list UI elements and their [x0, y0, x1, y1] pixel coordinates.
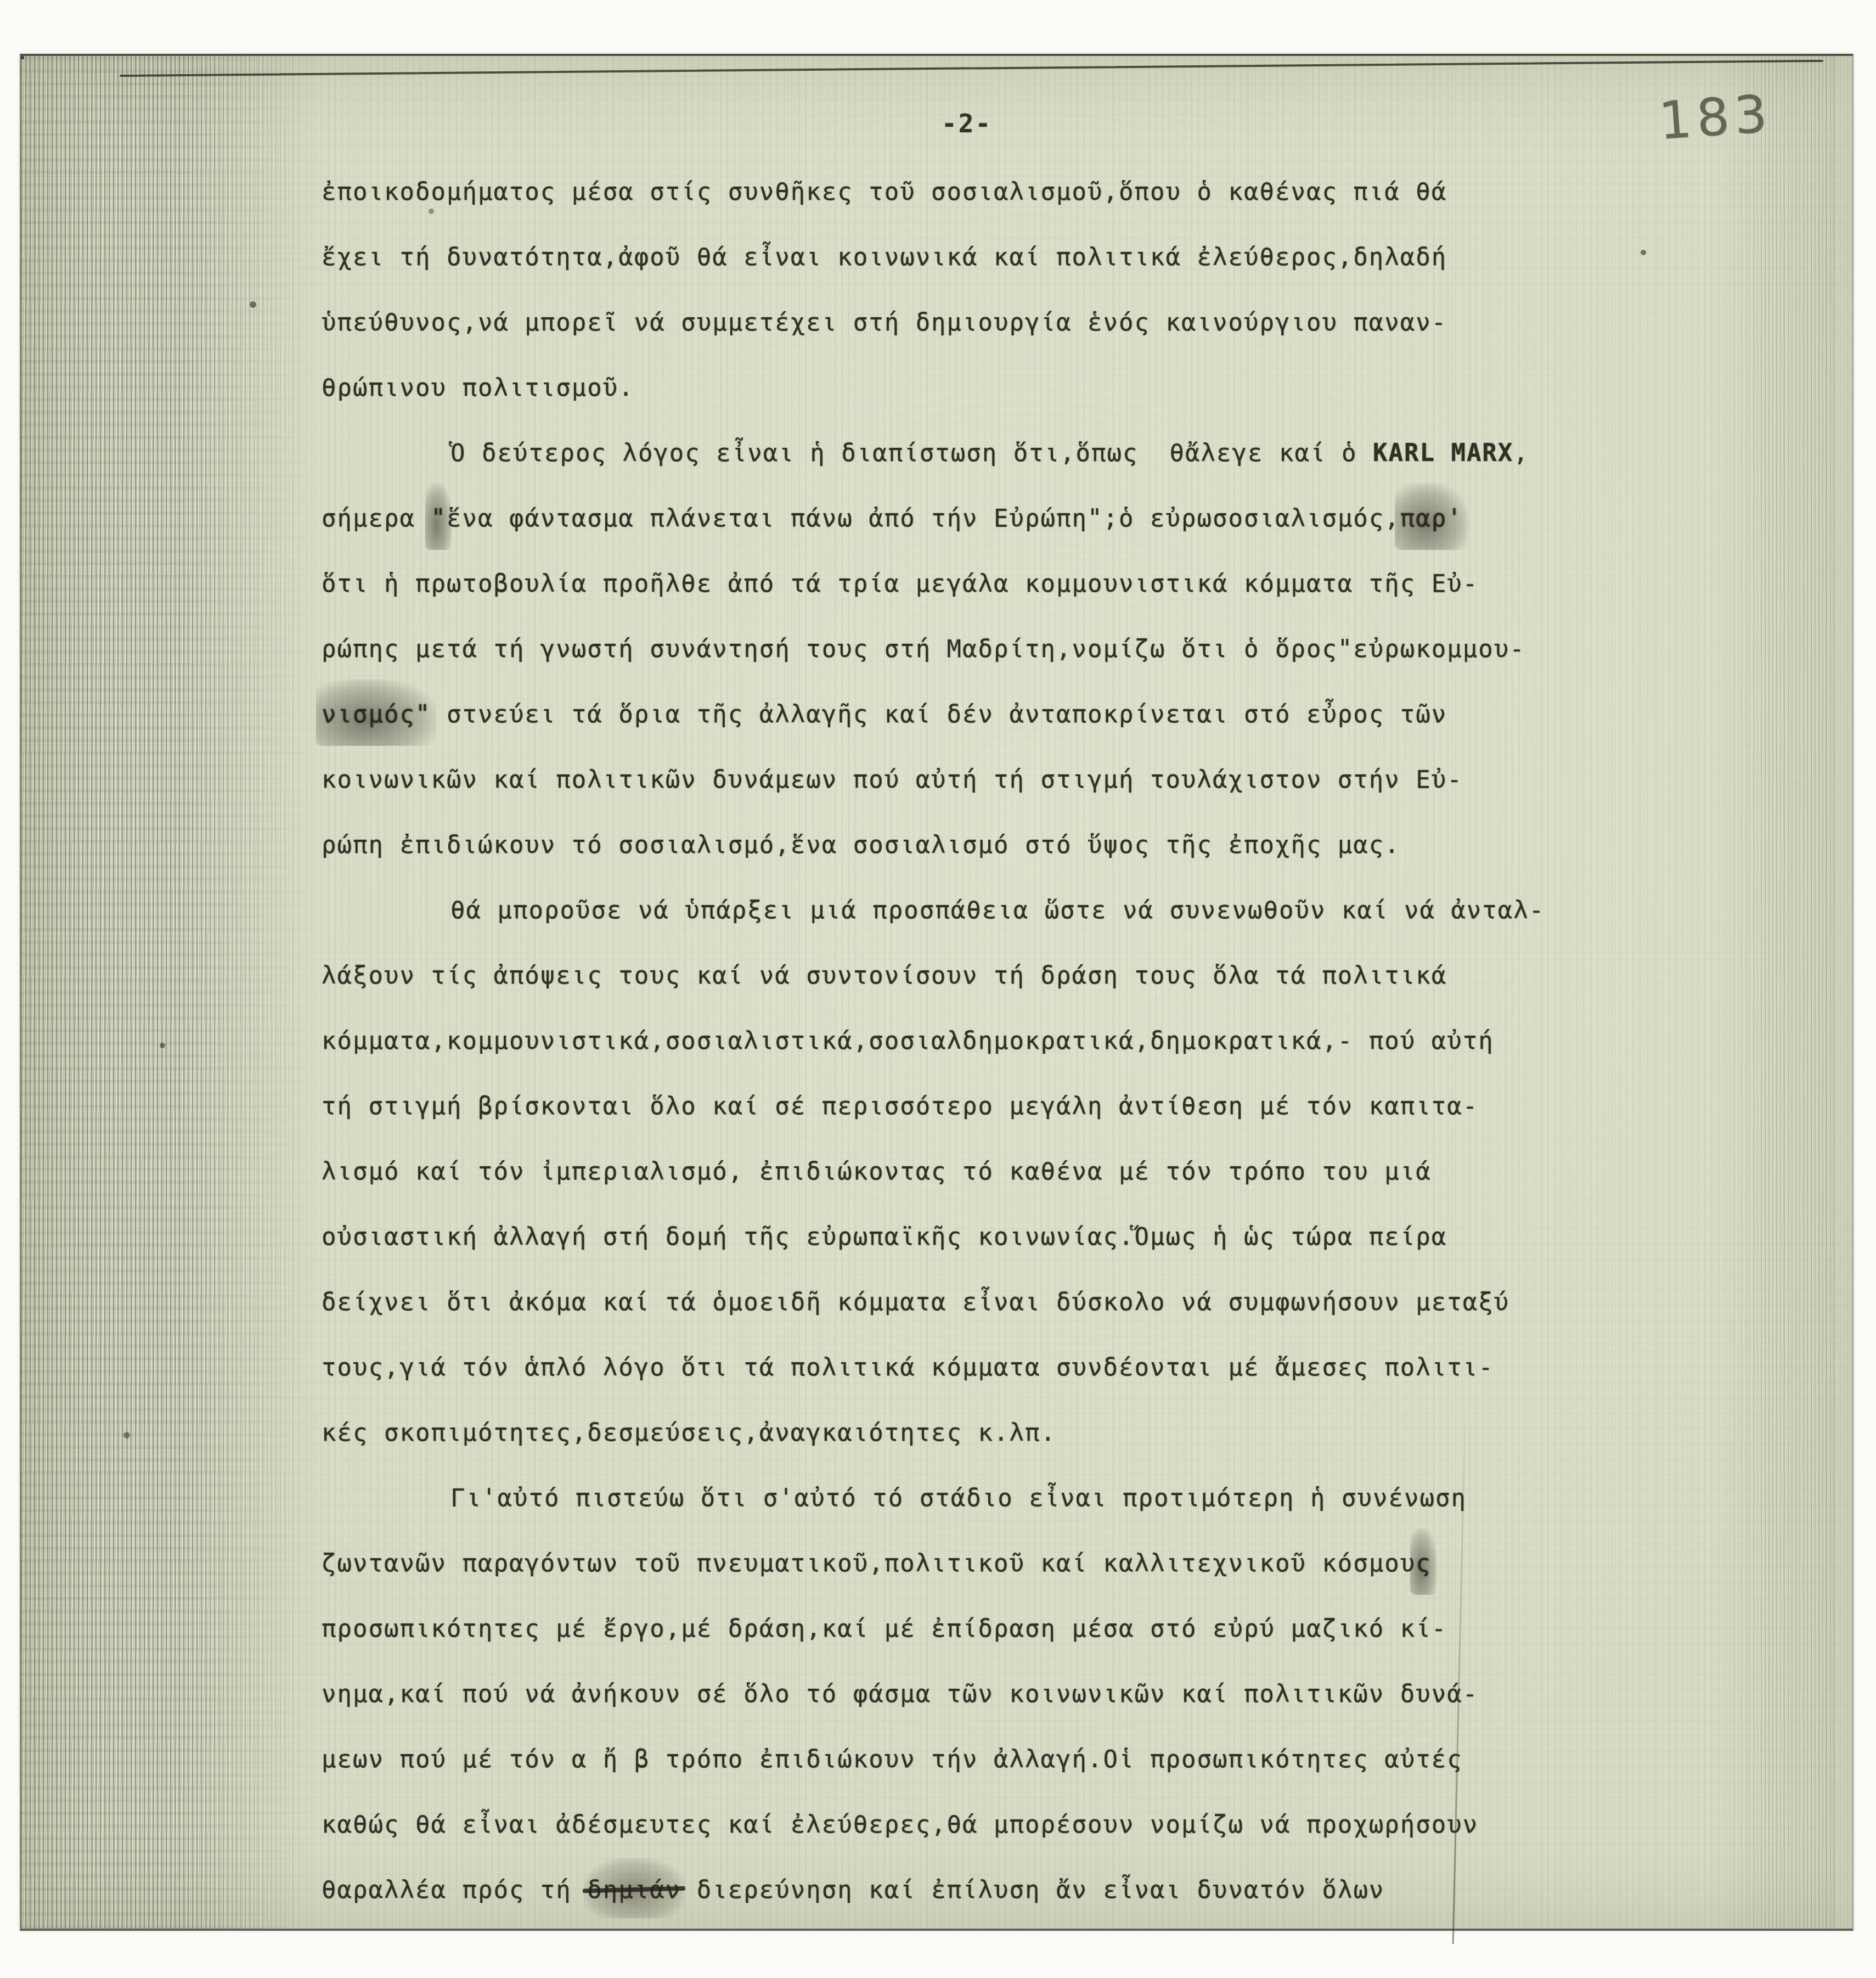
- typed-line: ρώπη ἐπιδιώκουν τό σοσιαλισμό,ἕνα σοσιαλ…: [322, 812, 1682, 878]
- typed-line: Ὁ δεύτερος λόγος εἶναι ἡ διαπίστωση ὅτι,…: [322, 420, 1682, 486]
- typed-line: νισμός" στνεύει τά ὅρια τῆς ἀλλαγῆς καί …: [322, 682, 1682, 747]
- text-segment: ": [431, 486, 447, 551]
- text-segment: μεων πού μέ τόν α ἤ β τρόπο ἐπιδιώκουν τ…: [322, 1745, 1463, 1773]
- typed-line: προσωπικότητες μέ ἔργο,μέ δράση,καί μέ ἐ…: [322, 1596, 1682, 1661]
- typed-text: ἐποικοδομήματος μέσα στίς συνθῆκες τοῦ σ…: [322, 159, 1682, 1923]
- typed-line: οὐσιαστική ἀλλαγή στή δομή τῆς εὐρωπαϊκῆ…: [322, 1204, 1682, 1269]
- typed-line: ἔχει τή δυνατότητα,ἀφοῦ θά εἶναι κοινωνι…: [322, 224, 1682, 290]
- typed-line: θά μποροῦσε νά ὑπάρξει μιά προσπάθεια ὥσ…: [322, 878, 1682, 943]
- typed-line: ζωντανῶν παραγόντων τοῦ πνευματικοῦ,πολι…: [322, 1531, 1682, 1596]
- typed-line: νημα,καί πού νά ἀνήκουν σέ ὅλο τό φάσμα …: [322, 1661, 1682, 1727]
- typed-line: ὅτι ἡ πρωτοβουλία προῆλθε ἀπό τά τρία με…: [322, 551, 1682, 616]
- text-segment: ἐποικοδομήματος μέσα στίς συνθῆκες τοῦ σ…: [322, 178, 1447, 206]
- handwritten-folio-number: 183: [1657, 84, 1774, 151]
- typed-line: μεων πού μέ τόν α ἤ β τρόπο ἐπιδιώκουν τ…: [322, 1727, 1682, 1792]
- typed-line: λισμό καί τόν ἰμπεριαλισμό, ἐπιδιώκοντας…: [322, 1139, 1682, 1204]
- paper-grain-left: [21, 56, 328, 1929]
- text-segment: καθώς θά εἶναι ἀδέσμευτες καί ἐλεύθερες,…: [322, 1811, 1478, 1839]
- typed-line: δείχνει ὅτι ἀκόμα καί τά ὁμοειδῆ κόμματα…: [322, 1269, 1682, 1335]
- text-segment: διερεύνηση καί ἐπίλυση ἄν εἶναι δυνατόν …: [681, 1876, 1384, 1904]
- typed-line: Γι'αὐτό πιστεύω ὅτι σ'αὐτό τό στάδιο εἶν…: [322, 1465, 1682, 1531]
- typed-page-number: -2-: [942, 109, 992, 138]
- text-segment: κόμματα,κομμουνιστικά,σοσιαλιστικά,σοσια…: [322, 1027, 1494, 1055]
- typed-line: ὑπεύθυνος,νά μπορεῖ νά συμμετέχει στή δη…: [322, 290, 1682, 355]
- typed-line: σήμερα "ἕνα φάντασμα πλάνεται πάνω ἀπό τ…: [322, 486, 1682, 551]
- text-segment: τή στιγμή βρίσκονται ὅλο καί σέ περισσότ…: [322, 1092, 1478, 1120]
- text-segment: θά μποροῦσε νά ὑπάρξει μιά προσπάθεια ὥσ…: [450, 896, 1545, 924]
- text-segment: ς: [1416, 1531, 1432, 1596]
- typed-line: καθώς θά εἶναι ἀδέσμευτες καί ἐλεύθερες,…: [322, 1792, 1682, 1857]
- text-segment: προσωπικότητες μέ ἔργο,μέ δράση,καί μέ ἐ…: [322, 1615, 1447, 1643]
- text-segment: ὑπεύθυνος,νά μπορεῖ νά συμμετέχει στή δη…: [322, 308, 1447, 336]
- text-segment: ,: [1513, 439, 1529, 467]
- text-segment: ρώπης μετά τή γνωστή συνάντησή τους στή …: [322, 635, 1525, 663]
- text-segment: ρώπη ἐπιδιώκουν τό σοσιαλισμό,ἕνα σοσιαλ…: [322, 831, 1400, 859]
- text-segment: θρώπινου πολιτισμοῦ.: [322, 374, 634, 402]
- typed-line: λάξουν τίς ἀπόψεις τους καί νά συντονίσο…: [322, 943, 1682, 1008]
- paper-grain-right: [1711, 56, 1837, 1929]
- text-segment: θαραλλέα πρός τή: [322, 1876, 587, 1904]
- text-segment: νισμός": [322, 682, 431, 747]
- typed-line: τους,γιά τόν ἁπλό λόγο ὅτι τά πολιτικά κ…: [322, 1335, 1682, 1400]
- text-segment: στνεύει τά ὅρια τῆς ἀλλαγῆς καί δέν ἀντα…: [431, 700, 1447, 728]
- text-segment: κές σκοπιμότητες,δεσμεύσεις,ἀναγκαιότητε…: [322, 1419, 1056, 1447]
- typed-line: ἐποικοδομήματος μέσα στίς συνθῆκες τοῦ σ…: [322, 159, 1682, 224]
- struck-text: δημιάν: [587, 1857, 681, 1923]
- typed-line: θρώπινου πολιτισμοῦ.: [322, 355, 1682, 420]
- typed-line: κόμματα,κομμουνιστικά,σοσιαλιστικά,σοσια…: [322, 1008, 1682, 1074]
- text-segment: ἕνα φάντασμα πλάνεται πάνω ἀπό τήν Εὐρώπ…: [447, 504, 1400, 532]
- typed-line: ρώπης μετά τή γνωστή συνάντησή τους στή …: [322, 616, 1682, 682]
- scan-canvas: { "page": { "page_number": "-2-", "handw…: [0, 0, 1876, 1978]
- text-segment: σήμερα: [322, 504, 431, 532]
- text-segment: κοινωνικῶν καί πολιτικῶν δυνάμεων πού αὐ…: [322, 766, 1463, 794]
- text-segment: ὅτι ἡ πρωτοβουλία προῆλθε ἀπό τά τρία με…: [322, 570, 1478, 598]
- text-segment: KARL MARX: [1373, 439, 1513, 467]
- text-segment: ζωντανῶν παραγόντων τοῦ πνευματικοῦ,πολι…: [322, 1549, 1416, 1577]
- typed-line: κές σκοπιμότητες,δεσμεύσεις,ἀναγκαιότητε…: [322, 1400, 1682, 1465]
- text-segment: λάξουν τίς ἀπόψεις τους καί νά συντονίσο…: [322, 962, 1447, 990]
- ink-specks: [21, 56, 24, 59]
- typed-line: θαραλλέα πρός τή δημιάν διερεύνηση καί ἐ…: [322, 1857, 1682, 1923]
- text-segment: δείχνει ὅτι ἀκόμα καί τά ὁμοειδῆ κόμματα…: [322, 1288, 1509, 1316]
- text-segment: νημα,καί πού νά ἀνήκουν σέ ὅλο τό φάσμα …: [322, 1680, 1478, 1708]
- scanned-page: -2- 183 ἐποικοδομήματος μέσα στίς συνθῆκ…: [20, 54, 1854, 1931]
- typed-line: κοινωνικῶν καί πολιτικῶν δυνάμεων πού αὐ…: [322, 747, 1682, 812]
- text-segment: λισμό καί τόν ἰμπεριαλισμό, ἐπιδιώκοντας…: [322, 1157, 1432, 1185]
- text-segment: Γι'αὐτό πιστεύω ὅτι σ'αὐτό τό στάδιο εἶν…: [450, 1484, 1467, 1512]
- text-segment: παρ': [1400, 486, 1463, 551]
- text-segment: οὐσιαστική ἀλλαγή στή δομή τῆς εὐρωπαϊκῆ…: [322, 1223, 1447, 1251]
- text-segment: τους,γιά τόν ἁπλό λόγο ὅτι τά πολιτικά κ…: [322, 1353, 1494, 1381]
- text-segment: ἔχει τή δυνατότητα,ἀφοῦ θά εἶναι κοινωνι…: [322, 243, 1447, 271]
- top-rule-line: [120, 60, 1823, 77]
- text-segment: Ὁ δεύτερος λόγος εἶναι ἡ διαπίστωση ὅτι,…: [450, 439, 1373, 467]
- typed-line: τή στιγμή βρίσκονται ὅλο καί σέ περισσότ…: [322, 1074, 1682, 1139]
